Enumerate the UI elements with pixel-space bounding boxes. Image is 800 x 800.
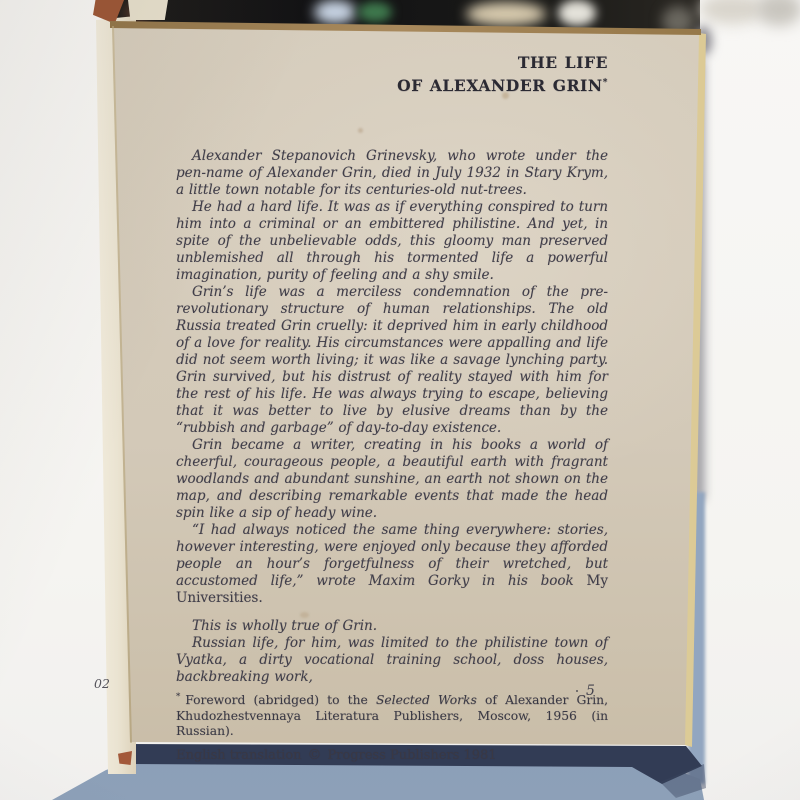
- paragraph: Grin’s life was a merciless condemnation…: [176, 284, 608, 437]
- book-photo: 02 THE LIFE OF ALEXANDER GRIN* Alexander…: [0, 0, 800, 800]
- imprint-left: English translation: [176, 748, 301, 763]
- book-spine-tab: [128, 0, 168, 20]
- paragraph: He had a hard life. It was as if everyth…: [176, 199, 608, 284]
- footnote-marker: *: [176, 692, 185, 702]
- copyright-line: English translation©Progress Publishers …: [176, 747, 608, 764]
- copyright-icon: ©: [307, 747, 321, 763]
- paragraph-gorky-quote: “I had always noticed the same thing eve…: [176, 522, 608, 607]
- paragraph: Alexander Stepanovich Grinevsky, who wro…: [176, 148, 608, 199]
- paragraph: This is wholly true of Grin.: [176, 618, 608, 635]
- title-line1: THE LIFE: [176, 52, 608, 73]
- title-line2-text: OF ALEXANDER GRIN: [397, 76, 603, 95]
- paragraph: Russian life, for him, was limited to th…: [176, 635, 608, 686]
- footnote-text: Foreword (abridged) to the: [185, 693, 376, 707]
- blur-blob: [314, 0, 356, 24]
- ink-speck: [576, 690, 578, 692]
- gorky-quote-text: “I had always noticed the same thing eve…: [176, 522, 608, 589]
- chapter-title: THE LIFE OF ALEXANDER GRIN*: [176, 52, 608, 96]
- footnote: *Foreword (abridged) to the Selected Wor…: [176, 690, 608, 740]
- blur-blob: [558, 0, 596, 26]
- footnote-work-title: Selected Works: [376, 693, 477, 707]
- page-number: 5: [576, 683, 595, 699]
- page-number-text: 5: [586, 683, 595, 699]
- footnote-marker: *: [603, 78, 608, 88]
- blur-blob: [358, 2, 392, 22]
- paragraph: Grin became a writer, creating in his bo…: [176, 437, 608, 522]
- edge-page-number: 02: [94, 676, 110, 691]
- title-line2: OF ALEXANDER GRIN*: [176, 73, 608, 96]
- page-content: THE LIFE OF ALEXANDER GRIN* Alexander St…: [176, 52, 608, 764]
- blur-blob: [466, 2, 546, 26]
- imprint-right: Progress Publishers 1981: [327, 748, 496, 763]
